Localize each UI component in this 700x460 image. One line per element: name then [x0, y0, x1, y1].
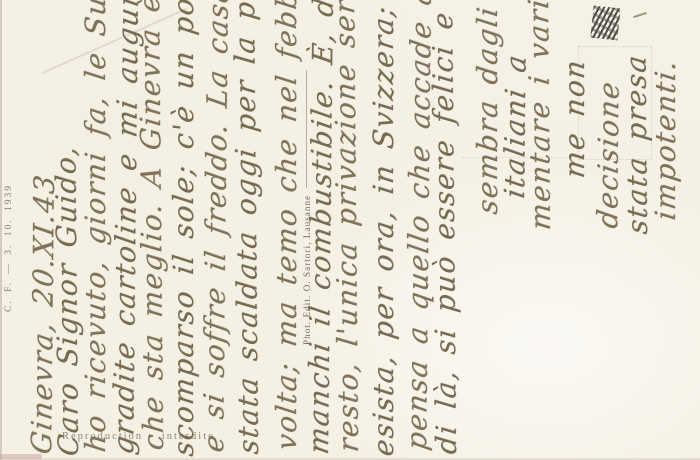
handwriting-line: stata presa: [622, 53, 652, 235]
handwriting-line: ho ricevuto, giorni fa, le Sue: [82, 0, 110, 454]
pencil-smudge-mark: [590, 6, 620, 41]
handwriting-line: volta; ma temo che nel febbraio: [273, 0, 301, 452]
postcard-scan: Reproduction interdite C. F. — 3. 10. 19…: [0, 0, 700, 460]
handwriting-line: me non: [561, 57, 589, 179]
handwriting-line: di là, si può essere felici e ringra=: [428, 0, 461, 455]
handwriting-line: esista, per ora, in Svizzera; e se si: [370, 0, 398, 458]
print-serial-date: C. F. — 3. 10. 1939: [4, 184, 14, 312]
handwriting-line: mentare i vari: [525, 0, 555, 231]
handwriting-line: stata scaldata oggi per la prima: [230, 0, 263, 455]
handwriting-line: impotenti.: [652, 58, 680, 222]
handwriting-line: scomparso il sole; c'è un po' di bise: [170, 0, 198, 458]
handwriting-line: che sta meglio. A Ginevra è: [136, 0, 168, 451]
handwritten-message: C. F. — 3. 10. 1939 Phot. Edit. O. Sarto…: [0, 0, 700, 460]
handwriting-line: resto, l'unica privazione seria che: [330, 0, 363, 453]
